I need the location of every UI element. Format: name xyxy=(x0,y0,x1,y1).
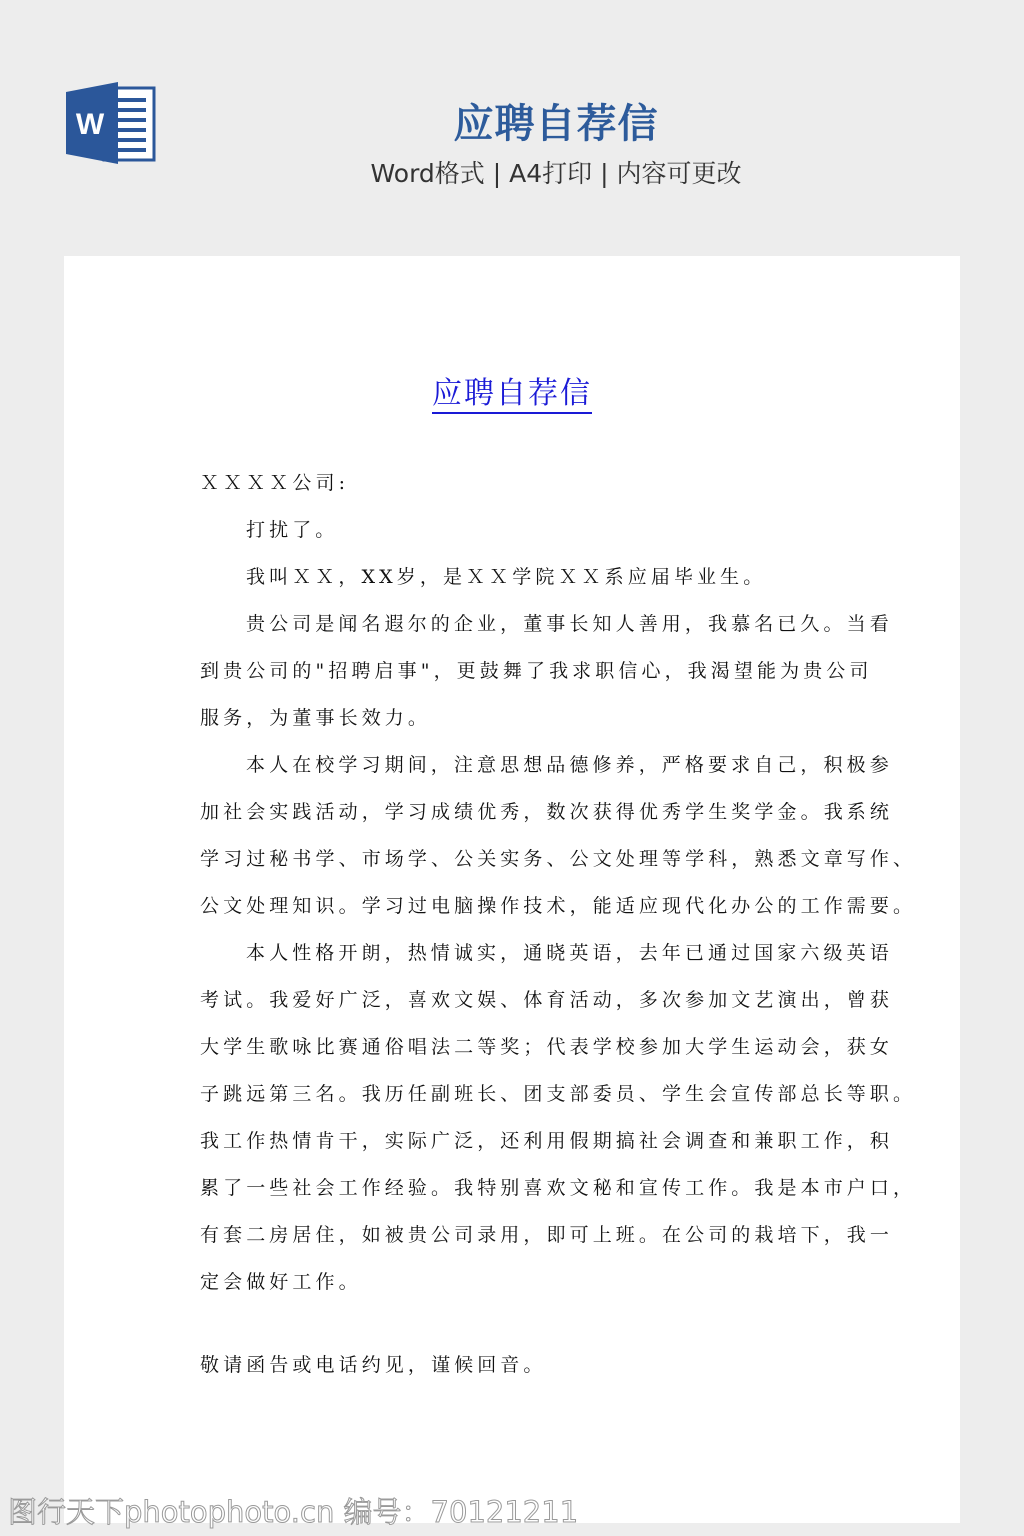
paragraph-line: 累了一些社会工作经验。我特别喜欢文秘和宣传工作。我是本市户口， xyxy=(200,1176,916,1200)
header-subtitle: Word格式 | A4打印 | 内容可更改 xyxy=(0,154,1024,190)
paragraph-line: 贵公司是闻名遐尔的企业，董事长知人善用，我慕名已久。当看 xyxy=(246,612,893,636)
closing-line: 敬请函告或电话约见，谨候回音。 xyxy=(200,1353,547,1377)
paragraph-line: 有套二房居住，如被贵公司录用，即可上班。在公司的栽培下，我一 xyxy=(200,1223,893,1247)
paragraph-line: 加社会实践活动，学习成绩优秀，数次获得优秀学生奖学金。我系统 xyxy=(200,800,893,824)
paragraph-line: 我工作热情肯干，实际广泛，还利用假期搞社会调查和兼职工作，积 xyxy=(200,1129,893,1153)
paragraph-line: 本人性格开朗，热情诚实，通晓英语，去年已通过国家六级英语 xyxy=(246,941,893,965)
header-title: 应聘自荐信 xyxy=(0,92,1024,149)
document-page: 应聘自荐信 ＸＸＸＸ公司: 打扰了。 我叫ＸＸ，XX岁，是ＸＸ学院ＸＸ系应届毕业… xyxy=(64,256,960,1523)
paragraph-line: 学习过秘书学、市场学、公关实务、公文处理等学科，熟悉文章写作、 xyxy=(200,847,916,871)
paragraph-line: 打扰了。 xyxy=(246,518,338,542)
paragraph-line: 到贵公司的"招聘启事"，更鼓舞了我求职信心，我渴望能为贵公司 xyxy=(200,659,872,683)
paragraph-line: 公文处理知识。学习过电脑操作技术，能适应现代化办公的工作需要。 xyxy=(200,894,916,918)
paragraph-line: 我叫ＸＸ，XX岁，是ＸＸ学院ＸＸ系应届毕业生。 xyxy=(246,565,766,589)
salutation: ＸＸＸＸ公司: xyxy=(200,471,349,495)
paragraph-line: 本人在校学习期间，注意思想品德修养，严格要求自己，积极参 xyxy=(246,753,893,777)
watermark-text: 图行天下photophoto.cn 编号：70121211 xyxy=(8,1490,578,1531)
paragraph-line: 大学生歌咏比赛通俗唱法二等奖；代表学校参加大学生运动会，获女 xyxy=(200,1035,893,1059)
paragraph-line: 子跳远第三名。我历任副班长、团支部委员、学生会宣传部总长等职。 xyxy=(200,1082,916,1106)
paragraph-line: 服务，为董事长效力。 xyxy=(200,706,431,730)
document-title[interactable]: 应聘自荐信 xyxy=(64,368,960,412)
paragraph-line: 考试。我爱好广泛，喜欢文娱、体育活动，多次参加文艺演出，曾获 xyxy=(200,988,893,1012)
document-title-link[interactable]: 应聘自荐信 xyxy=(432,376,592,414)
paragraph-line: 定会做好工作。 xyxy=(200,1270,362,1294)
